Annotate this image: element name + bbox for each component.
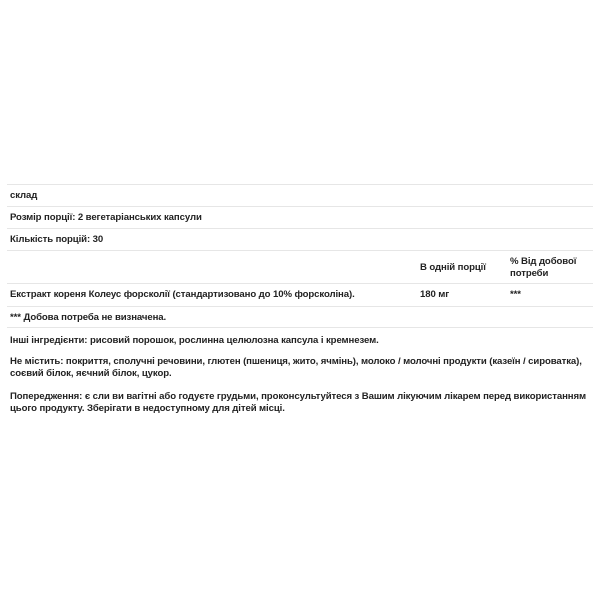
header-per-serving: В одній порції	[420, 262, 486, 274]
table-row: Екстракт кореня Колеус форсколії (станда…	[7, 283, 593, 306]
warning: Попередження: є сли ви вагітні або годує…	[10, 391, 595, 415]
ingredient-daily-value: ***	[510, 284, 521, 306]
ingredient-name: Екстракт кореня Колеус форсколії (станда…	[10, 284, 355, 306]
ingredient-amount: 180 мг	[420, 284, 449, 306]
header-daily-value: % Від добової потреби	[510, 256, 580, 280]
composition-title: склад	[7, 184, 593, 206]
footnote: *** Добова потреба не визначена.	[7, 306, 593, 328]
does-not-contain: Не містить: покриття, сполучні речовини,…	[10, 356, 595, 380]
supplement-facts-table: склад Розмір порції: 2 вегетаріанських к…	[7, 184, 593, 328]
serving-size: Розмір порції: 2 вегетаріанських капсули	[7, 206, 593, 228]
servings-count: Кількість порцій: 30	[7, 228, 593, 250]
other-ingredients: Інші інгредієнти: рисовий порошок, росли…	[10, 335, 595, 347]
table-header-row: В одній порції % Від добової потреби	[7, 250, 593, 283]
